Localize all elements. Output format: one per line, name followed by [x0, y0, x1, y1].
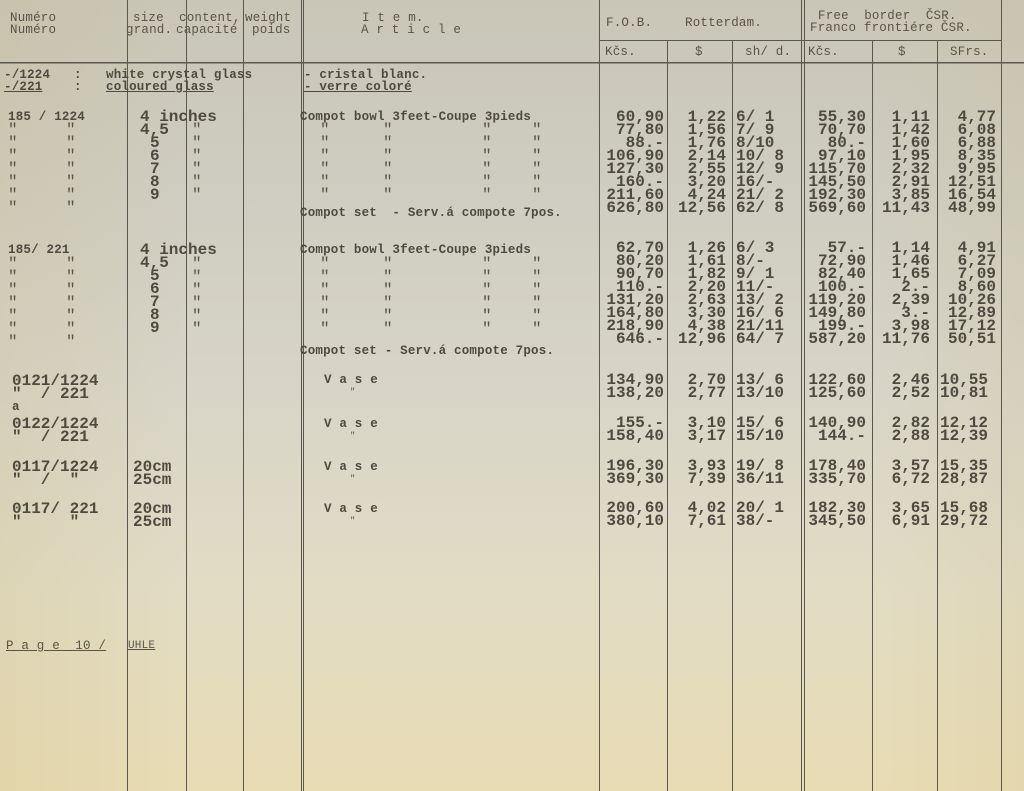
ditto-marks-item: """"""	[320, 258, 330, 336]
ditto-marks-item: """"""	[482, 124, 492, 202]
size-value: 9	[140, 322, 217, 335]
price-free-sfrs-column: 4,776,086,888,359,9512,5116,5448,99	[938, 111, 996, 215]
price-cell: 50,51	[938, 333, 996, 346]
price-cell: 369,30	[602, 473, 664, 486]
price-free-kcs-column: 122,60125,60 140,90144.- 178,40335,70 18…	[806, 374, 866, 528]
price-cell: 12,96	[668, 333, 726, 346]
price-cell: 125,60	[806, 387, 866, 400]
price-free-usd-column: 2,462,52 2,822,88 3,576,72 3,656,91	[874, 374, 930, 528]
vase-codes: 0121/1224 " / 221	[12, 375, 98, 401]
price-free-usd-column: 1,141,461,652.-2,393.-3,9811,76	[874, 242, 930, 346]
size-column: 4 inches 4,5 5 6 7 8 9	[140, 244, 217, 335]
header-rule	[0, 63, 1024, 64]
header-fob-place: Rotterdam.	[685, 17, 762, 30]
ditto-marks-code: """""""	[66, 124, 76, 215]
header-numero-fr: Numéro	[10, 24, 56, 37]
subheader-usd: $	[695, 46, 703, 59]
size-column: 4 inches 4,5 5 6 7 8 9	[140, 111, 217, 202]
ditto-marks-size: """"""	[192, 258, 202, 336]
ditto-mark: "	[383, 323, 393, 336]
ditto-marks-code: """""""	[8, 124, 18, 215]
header-fob: F.O.B.	[606, 17, 652, 30]
price-cell: 569,60	[806, 202, 866, 215]
price-fob-usd-column: 2,702,77 3,103,17 3,937,39 4,027,61	[668, 374, 726, 528]
price-cell: 2,88	[874, 430, 930, 443]
size-value: 25cm	[133, 516, 171, 529]
subheader-sh-d: sh/ d.	[745, 46, 791, 59]
price-free-kcs-column: 57.-72,9082,40100.-119,20149,80199.-587,…	[806, 242, 866, 346]
ditto-mark: "	[482, 323, 492, 336]
ditto-mark: "	[350, 515, 355, 528]
price-cell: 7,39	[668, 473, 726, 486]
column-rule	[872, 40, 873, 791]
header-rule	[599, 40, 1002, 41]
ditto-mark: "	[192, 189, 202, 202]
size-column: 20cm 25cm	[133, 503, 171, 529]
stray-mark: a	[12, 401, 20, 414]
ditto-marks-item: """"""	[532, 124, 542, 202]
ditto-mark: "	[350, 473, 355, 486]
subheader-sfrs: SFrs.	[950, 46, 989, 59]
header-franco: Franco frontiére ČSR.	[810, 22, 972, 35]
product-code: " / 221	[12, 388, 98, 401]
column-rule	[801, 0, 802, 791]
item-description: Compot bowl 3feet-Coupe 3pieds	[300, 111, 531, 124]
legend-en: coloured glass	[106, 81, 214, 94]
ditto-marks-code: """""""	[8, 258, 18, 349]
price-cell: 138,20	[602, 387, 664, 400]
price-cell: 29,72	[940, 515, 998, 528]
column-rule	[732, 40, 733, 791]
size-value: 9	[140, 189, 217, 202]
price-cell: 64/ 7	[736, 333, 792, 346]
vase-codes: 0117/ 221 " "	[12, 503, 98, 529]
author-initials: UHLE	[128, 640, 155, 653]
price-fob-usd-column: 1,221,561,762,142,553,204,2412,56	[668, 111, 726, 215]
product-code: " / 221	[12, 431, 98, 444]
ditto-marks-item: """"""	[532, 258, 542, 336]
price-fob-kcs-column: 62,7080,2090,70110.-131,20164,80218,9064…	[602, 242, 664, 346]
ditto-marks-code: """""""	[66, 258, 76, 349]
ditto-mark: "	[350, 386, 355, 399]
header-weight-fr: poids	[252, 24, 291, 37]
price-free-usd-column: 1,111,421,601,952,322,913,8511,43	[874, 111, 930, 215]
ditto-mark: "	[8, 336, 18, 349]
page-number-label: P a g e 10 /	[6, 640, 106, 653]
column-rule	[1001, 0, 1002, 791]
header-item-fr: A r t i c l e	[361, 24, 461, 37]
price-cell: 10,81	[940, 387, 998, 400]
price-cell: 6,72	[874, 473, 930, 486]
price-cell: 11,76	[874, 333, 930, 346]
ditto-marks-size: """"""	[192, 124, 202, 202]
price-free-kcs-column: 55,3070,7080.-97,10115,70145,50192,30569…	[806, 111, 866, 215]
legend-sep: :	[74, 81, 82, 94]
ditto-mark: "	[350, 430, 355, 443]
price-free-sfrs-column: 4,916,277,098,6010,2612,8917,1250,51	[938, 242, 996, 346]
ditto-mark: "	[66, 202, 76, 215]
item-set-description: Compot set - Serv.á compote 7pos.	[300, 207, 562, 220]
price-cell: 587,20	[806, 333, 866, 346]
legend-fr: - verre coloré	[304, 81, 412, 94]
ditto-marks-item: """"""	[320, 124, 330, 202]
ditto-mark: "	[8, 202, 18, 215]
price-fob-shd-column: 6/ 38/-9/ 111/-13/ 216/ 621/1164/ 7	[736, 242, 792, 346]
price-cell: 335,70	[806, 473, 866, 486]
price-fob-shd-column: 6/ 17/ 98/1010/ 812/ 916/-21/ 262/ 8	[736, 111, 792, 215]
price-cell: 12,56	[668, 202, 726, 215]
price-fob-kcs-column: 60,9077,8088.-106,90127,30160.-211,60626…	[602, 111, 664, 215]
subheader-usd-2: $	[898, 46, 906, 59]
price-cell: 11,43	[874, 202, 930, 215]
ditto-marks-item: """"""	[383, 124, 393, 202]
column-rule	[243, 0, 244, 791]
price-cell: 2,77	[668, 387, 726, 400]
price-fob-usd-column: 1,261,611,822,202,633,304,3812,96	[668, 242, 726, 346]
legend-code: -/221	[4, 81, 43, 94]
header-content-fr: capacité	[176, 24, 238, 37]
price-cell: 345,50	[806, 515, 866, 528]
column-rule	[599, 0, 600, 791]
ditto-mark: "	[192, 323, 202, 336]
header-size-fr: grand.	[126, 24, 172, 37]
price-cell: 48,99	[938, 202, 996, 215]
price-cell: 12,39	[940, 430, 998, 443]
subheader-kcs-2: Kčs.	[808, 46, 839, 59]
ditto-mark: "	[482, 189, 492, 202]
price-cell: 62/ 8	[736, 202, 792, 215]
price-cell: 28,87	[940, 473, 998, 486]
price-cell: 7,61	[668, 515, 726, 528]
ditto-marks-item: """"""	[383, 258, 393, 336]
price-cell: 626,80	[602, 202, 664, 215]
price-cell: 13/10	[736, 387, 792, 400]
price-free-sfrs-column: 10,5510,81 12,1212,39 15,3528,87 15,6829…	[940, 374, 998, 528]
vase-codes: 0117/1224 " / "	[12, 461, 98, 487]
vase-codes: 0122/1224 " / 221	[12, 418, 98, 444]
price-cell: 3,17	[668, 430, 726, 443]
price-cell: 36/11	[736, 473, 792, 486]
price-cell: 2,52	[874, 387, 930, 400]
price-cell: 15/10	[736, 430, 792, 443]
ditto-mark: "	[320, 323, 330, 336]
item-set-description: Compot set - Serv.á compote 7pos.	[300, 345, 554, 358]
ditto-mark: "	[532, 323, 542, 336]
ditto-marks-item: """"""	[482, 258, 492, 336]
price-cell: 380,10	[602, 515, 664, 528]
item-description: Compot bowl 3feet-Coupe 3pieds	[300, 244, 531, 257]
column-rule	[804, 0, 805, 791]
price-cell: 158,40	[602, 430, 664, 443]
price-fob-shd-column: 13/ 613/10 15/ 615/10 19/ 836/11 20/ 138…	[736, 374, 792, 528]
price-fob-kcs-column: 134,90138,20 155.-158,40 196,30369,30 20…	[602, 374, 664, 528]
ditto-mark: "	[532, 189, 542, 202]
subheader-kcs: Kčs.	[605, 46, 636, 59]
size-column: 20cm 25cm	[133, 461, 171, 487]
price-cell: 6,91	[874, 515, 930, 528]
ditto-mark: "	[320, 189, 330, 202]
ditto-mark: "	[383, 189, 393, 202]
ditto-mark: "	[66, 336, 76, 349]
size-value: 25cm	[133, 474, 171, 487]
column-rule	[127, 0, 128, 791]
